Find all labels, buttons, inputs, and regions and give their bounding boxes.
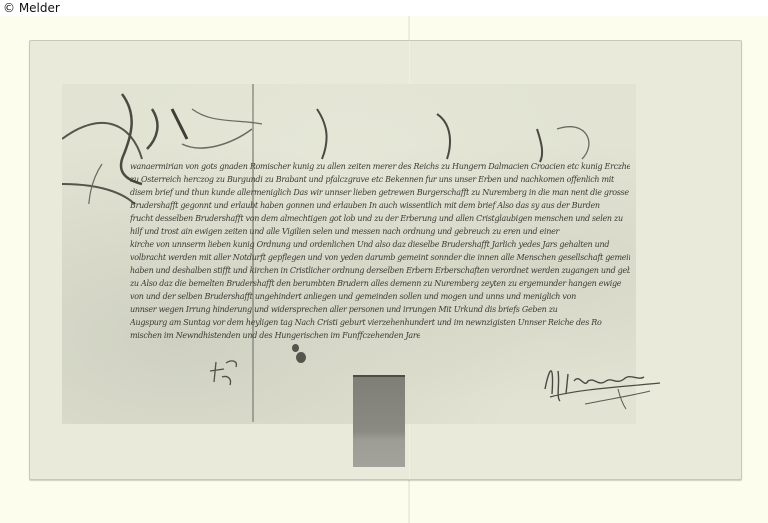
text-line: disem brief und thun kunde allermeniglic…: [130, 186, 630, 199]
document-sheet: wanaermirian von gots gnaden Romischer k…: [29, 40, 742, 480]
decorative-ascender-strokes-icon: [312, 104, 612, 164]
text-line: hilf und trost ain ewigen zeiten und all…: [130, 225, 630, 238]
text-line: Augspurg am Suntag vor dem heyligen tag …: [130, 316, 630, 329]
text-line: von und der selben Brudershafft ungehind…: [130, 290, 630, 303]
credit-bar: © Melder: [0, 0, 768, 16]
seal-strip: [353, 375, 405, 467]
text-line: haben und deshalben stifft und kirchen i…: [130, 264, 630, 277]
text-line: Brudershafft gegonnt und erlaubt haben g…: [130, 199, 630, 212]
text-line: volbracht werden mit aller Notdurft gepf…: [130, 251, 630, 264]
text-line: mischen im Newndhistenden und des Hunger…: [130, 329, 420, 342]
text-line: unnser wegen Irrung hinderung und widers…: [130, 303, 630, 316]
text-line: zu Osterreich herczog zu Burgundi zu Bra…: [130, 173, 630, 186]
ink-blot: [296, 352, 306, 363]
text-line: kirche von unnserm lieben kunig Ordnung …: [130, 238, 630, 251]
signature-icon: [540, 359, 670, 411]
marginal-notation-icon: [208, 357, 248, 387]
document-body-text: wanaermirian von gots gnaden Romischer k…: [130, 160, 630, 342]
text-line: zu Also daz die bemelten Brudershafft de…: [130, 277, 630, 290]
ink-blot: [292, 344, 299, 352]
text-line: frucht desselben Brudershafft von dem al…: [130, 212, 630, 225]
text-line: wanaermirian von gots gnaden Romischer k…: [130, 160, 630, 173]
copyright-credit: © Melder: [3, 1, 60, 15]
